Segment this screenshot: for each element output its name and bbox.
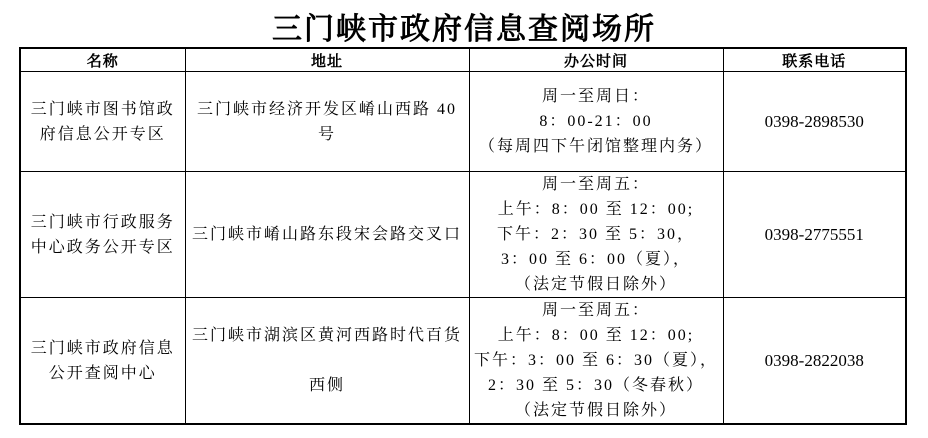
table-row: 三门峡市行政服务 中心政务公开专区 三门峡市崤山路东段宋会路交叉口 周一至周五：… [20,172,906,298]
name-cell: 三门峡市政府信息 公开查阅中心 [20,298,185,425]
header-hours: 办公时间 [469,48,723,72]
name-cell: 三门峡市行政服务 中心政务公开专区 [20,172,185,298]
header-address: 地址 [185,48,469,72]
document-page: 三门峡市政府信息查阅场所 名称 地址 办公时间 联系电话 三门峡市图书馆政 府信… [0,0,928,438]
address-cell: 三门峡市湖滨区黄河西路时代百货 西侧 [185,298,469,425]
name-cell: 三门峡市图书馆政 府信息公开专区 [20,72,185,172]
address-cell: 三门峡市经济开发区崤山西路 40 号 [185,72,469,172]
info-table: 名称 地址 办公时间 联系电话 三门峡市图书馆政 府信息公开专区 三门峡市经济开… [19,47,907,425]
address-cell: 三门峡市崤山路东段宋会路交叉口 [185,172,469,298]
hours-cell: 周一至周五： 上午：8：00 至 12：00; 下午：2：30 至 5：30， … [469,172,723,298]
phone-cell: 0398-2822038 [723,298,906,425]
hours-cell: 周一至周五： 上午：8：00 至 12：00; 下午：3：00 至 6：30（夏… [469,298,723,425]
table-row: 三门峡市政府信息 公开查阅中心 三门峡市湖滨区黄河西路时代百货 西侧 周一至周五… [20,298,906,425]
page-title: 三门峡市政府信息查阅场所 [0,4,928,48]
hours-cell: 周一至周日： 8：00-21：00 （每周四下午闭馆整理内务） [469,72,723,172]
phone-cell: 0398-2775551 [723,172,906,298]
header-phone: 联系电话 [723,48,906,72]
header-name: 名称 [20,48,185,72]
table-row: 三门峡市图书馆政 府信息公开专区 三门峡市经济开发区崤山西路 40 号 周一至周… [20,72,906,172]
phone-cell: 0398-2898530 [723,72,906,172]
header-row: 名称 地址 办公时间 联系电话 [20,48,906,72]
